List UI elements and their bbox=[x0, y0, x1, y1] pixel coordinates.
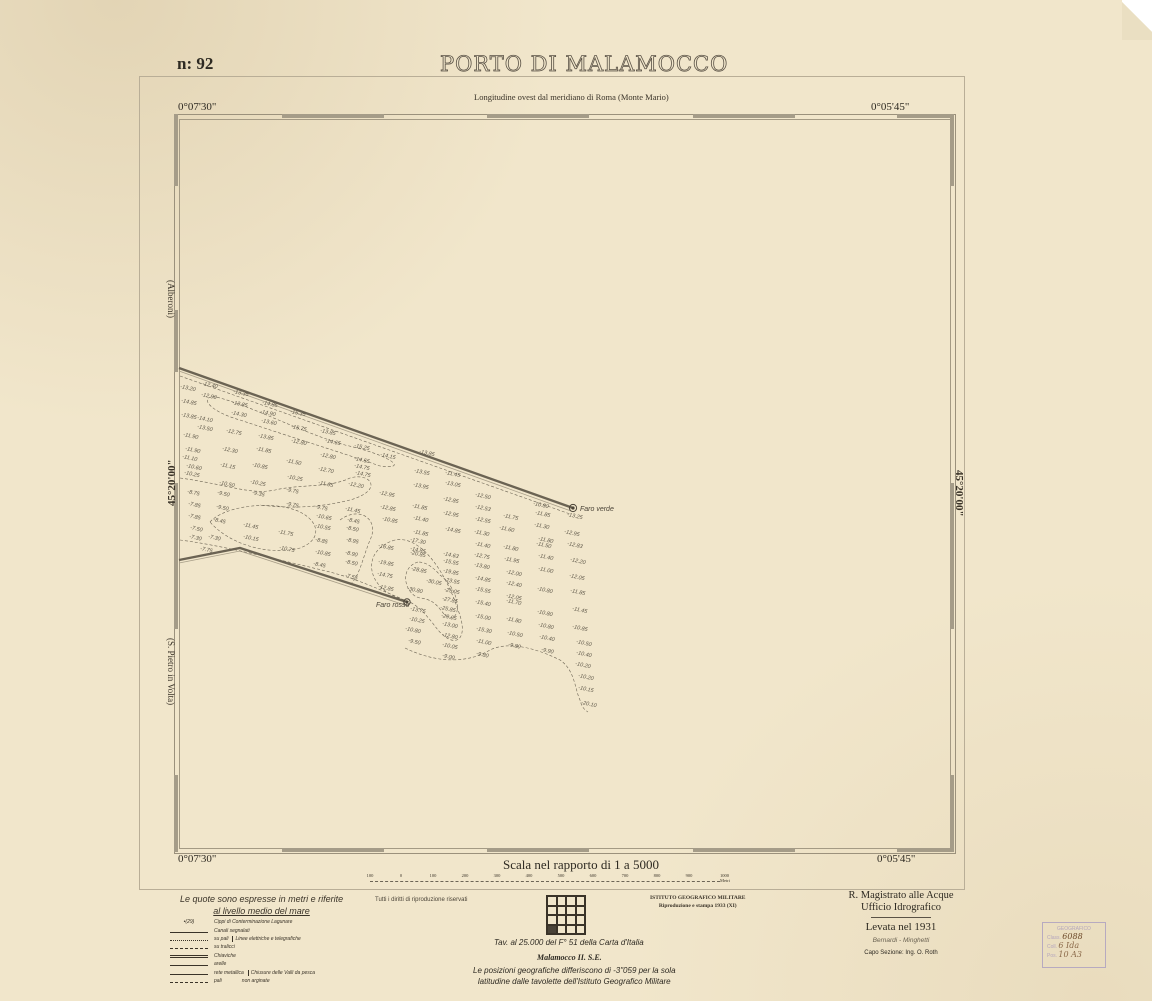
depth-sounding: -11.85 bbox=[413, 529, 430, 538]
depth-sounding: -10.15 bbox=[243, 534, 260, 543]
legend-note: Le quote sono espresse in metri e riferi… bbox=[180, 893, 343, 917]
depth-sounding: -10.05 bbox=[442, 642, 459, 651]
depth-sounding: -11.40 bbox=[538, 553, 555, 562]
depth-sounding: -8.95 bbox=[346, 537, 360, 546]
depth-sounding: -11.65 bbox=[318, 480, 335, 489]
divider bbox=[871, 917, 931, 918]
depth-sounding: -9.80 bbox=[476, 651, 490, 660]
depth-sounding: -13.35 bbox=[233, 389, 250, 398]
depth-sounding: -28.85 bbox=[411, 566, 428, 575]
sheet-name: Malamocco II. S.E. bbox=[537, 953, 602, 962]
depth-sounding: -19.85 bbox=[443, 568, 460, 577]
scale-tick: 400 bbox=[526, 873, 533, 878]
legend-item: •(29) Cippi di Conterminazione Lagunare bbox=[170, 918, 360, 926]
depth-sounding: -15.75 bbox=[291, 424, 308, 433]
metal-net-symbol bbox=[170, 974, 208, 978]
depth-sounding: -11.30 bbox=[534, 522, 551, 531]
depth-sounding: -8.45 bbox=[213, 517, 227, 526]
power-line-pylons-symbol bbox=[170, 948, 208, 952]
depth-sounding: -30.05 bbox=[426, 578, 443, 587]
depth-sounding: -13.55 bbox=[414, 468, 431, 477]
depth-sounding: -10.85 bbox=[315, 549, 332, 558]
depth-sounding: -14.65 bbox=[325, 438, 342, 447]
depth-sounding: -16.85 bbox=[378, 543, 395, 552]
depth-sounding: -12.50 bbox=[475, 492, 492, 501]
scale-tick: 700 bbox=[622, 873, 629, 878]
depth-sounding: -11.75 bbox=[503, 513, 520, 522]
depth-sounding: -10.80 bbox=[538, 622, 555, 631]
depth-sounding: -10.25 bbox=[409, 616, 426, 625]
depth-sounding: -15.30 bbox=[476, 626, 493, 635]
depth-sounding: -15.55 bbox=[475, 586, 492, 595]
depth-sounding: -11.45 bbox=[572, 606, 589, 615]
depth-sounding: -8.50 bbox=[346, 525, 360, 534]
scale-tick: 100 bbox=[367, 873, 374, 878]
depth-sounding: -11.40 bbox=[475, 541, 492, 550]
depth-sounding: -17.30 bbox=[410, 537, 427, 546]
depth-sounding: -9.80 bbox=[508, 642, 522, 651]
surveyors: Bernardi - Minghetti bbox=[845, 935, 957, 947]
depth-sounding: -12.83 bbox=[567, 541, 584, 550]
scale-title: Scala nel rapporto di 1 a 5000 bbox=[503, 857, 659, 873]
scale-tick: 1000 Metri bbox=[720, 873, 740, 883]
depth-sounding: -9.50 bbox=[217, 490, 231, 499]
depth-sounding: -13.75 bbox=[410, 606, 427, 615]
depth-sounding: -12.55 bbox=[475, 516, 492, 525]
depth-sounding: -11.00 bbox=[538, 566, 555, 575]
rights-notice: Tutti i diritti di riproduzione riservat… bbox=[375, 897, 467, 903]
depth-sounding: -9.75 bbox=[286, 487, 300, 496]
survey-year: Levata nel 1931 bbox=[845, 921, 957, 933]
sheet-reference: Tav. al 25.000 del F° 51 della Carta d'I… bbox=[494, 938, 644, 947]
depth-sounding: -11.00 bbox=[476, 638, 493, 647]
depth-sounding: -13.95 bbox=[413, 482, 430, 491]
scale-tick: 600 bbox=[590, 873, 597, 878]
scale-tick: 300 bbox=[494, 873, 501, 878]
scale-tick: 800 bbox=[654, 873, 661, 878]
depth-sounding: -27.85 bbox=[442, 596, 459, 605]
depth-sounding: -11.15 bbox=[220, 462, 237, 471]
depth-sounding: -10.75 bbox=[279, 545, 296, 554]
depth-sounding: -10.85 bbox=[382, 516, 399, 525]
depth-sounding: -10.20 bbox=[575, 661, 592, 670]
legend-item: rete metallica Chiusure delle Valli da p… bbox=[170, 968, 360, 976]
depth-sounding: -10.40 bbox=[576, 650, 593, 659]
depth-sounding: -12.30 bbox=[222, 446, 239, 455]
sluice-symbol bbox=[170, 955, 208, 960]
legend-note-line2: al livello medio del mare bbox=[180, 905, 343, 917]
depth-sounding: -19.85 bbox=[378, 559, 395, 568]
depth-sounding: -12.95 bbox=[379, 490, 396, 499]
depth-sounding: -12.20 bbox=[348, 481, 365, 490]
depth-sounding: -9.50 bbox=[408, 638, 422, 647]
agency-block: R. Magistrato alle Acque Ufficio Idrogra… bbox=[845, 890, 957, 959]
depth-sounding: -23.55 bbox=[444, 577, 461, 586]
depth-sounding: -10.85 bbox=[252, 462, 269, 471]
depth-sounding: -14.75 bbox=[355, 470, 372, 479]
depth-sounding: -10.55 bbox=[315, 523, 332, 532]
depth-sounding: -15.40 bbox=[475, 599, 492, 608]
poles-symbol bbox=[170, 982, 208, 986]
depth-sounding: -9.75 bbox=[286, 501, 300, 510]
depth-sounding: -14.10 bbox=[197, 415, 214, 424]
depth-sounding: -30.80 bbox=[407, 586, 424, 595]
lighthouse-faro-verde: Faro verde bbox=[569, 504, 614, 513]
depth-sounding: -13.00 bbox=[442, 621, 459, 630]
depth-sounding: -14.85 bbox=[445, 526, 462, 535]
depth-sounding: -13.20 bbox=[180, 384, 197, 393]
depth-sounding: -10.25 bbox=[250, 479, 267, 488]
depth-sounding: -9.90 bbox=[541, 647, 555, 656]
depth-sounding: -10.50 bbox=[507, 630, 524, 639]
depth-sounding: -7.30 bbox=[208, 534, 222, 543]
publisher: ISTITUTO GEOGRAFICO MILITARE Riproduzion… bbox=[650, 894, 745, 910]
depth-sounding: -12.90 bbox=[201, 392, 218, 401]
depth-sounding: -10.50 bbox=[219, 480, 236, 489]
depth-sounding: -15.35 bbox=[290, 409, 307, 418]
depth-sounding: -11.50 bbox=[286, 458, 303, 467]
sheet-index-grid bbox=[546, 895, 586, 935]
svg-text:Faro rosso: Faro rosso bbox=[376, 602, 410, 609]
depth-sounding: -10.80 bbox=[405, 626, 422, 635]
depth-sounding: -9.75 bbox=[315, 504, 329, 513]
bathymetric-map: Faro verde Faro rosso -13.20-12.40-14.85… bbox=[0, 0, 1152, 1001]
depth-sounding: -7.85 bbox=[188, 513, 202, 522]
legend-item: su tralicci bbox=[170, 943, 360, 951]
depth-sounding: -9.50 bbox=[216, 504, 230, 513]
south-jetty bbox=[179, 548, 407, 605]
depth-sounding: -12.40 bbox=[506, 580, 523, 589]
depth-sounding: -11.90 bbox=[183, 432, 200, 441]
scale-tick: 200 bbox=[462, 873, 469, 878]
depth-sounding: -11.85 bbox=[570, 588, 587, 597]
depth-sounding: -11.40 bbox=[413, 515, 430, 524]
scale-bar: 100 0 100 200 300 400 500 600 700 800 90… bbox=[370, 873, 750, 885]
depth-sounding: -12.20 bbox=[570, 557, 587, 566]
depth-sounding: -9.00 bbox=[442, 653, 456, 662]
legend-item: Chiaviche bbox=[170, 952, 360, 960]
agency-office: Ufficio Idrografico bbox=[845, 902, 957, 914]
depth-sounding: -11.80 bbox=[506, 616, 523, 625]
archive-stamp: GEOGRAFICO Class. 6088 Coll. 6 Ida Pos. … bbox=[1042, 922, 1106, 968]
depth-sounding: -11.60 bbox=[499, 525, 516, 534]
depth-sounding: -11.75 bbox=[278, 529, 295, 538]
depth-sounding: -12.95 bbox=[443, 510, 460, 519]
depth-sounding: -14.85 bbox=[475, 575, 492, 584]
depth-sounding: -11.85 bbox=[256, 446, 273, 455]
depth-sounding: -11.10 bbox=[182, 454, 199, 463]
depth-sounding: -13.60 bbox=[261, 418, 278, 427]
scale-tick: 0 bbox=[400, 873, 402, 878]
depth-sounding: -7.75 bbox=[200, 546, 214, 555]
depth-sounding: -11.80 bbox=[503, 544, 520, 553]
depth-sounding: -12.80 bbox=[442, 632, 459, 641]
depth-sounding: -14.15 bbox=[380, 452, 397, 461]
depth-sounding: -10.50 bbox=[576, 639, 593, 648]
depth-sounding: -11.95 bbox=[504, 556, 521, 565]
legend-item: pali non arginate bbox=[170, 977, 360, 985]
depth-sounding: -8.90 bbox=[345, 550, 359, 559]
depth-sounding: -12.70 bbox=[318, 466, 335, 475]
depth-sounding: -13.85 bbox=[320, 428, 337, 437]
depth-sounding: -11.45 bbox=[445, 470, 462, 479]
position-note: Le posizioni geografiche differiscono di… bbox=[473, 965, 676, 987]
depth-sounding: -11.30 bbox=[474, 529, 491, 538]
depth-sounding: -10.40 bbox=[539, 634, 556, 643]
agency-name: R. Magistrato alle Acque bbox=[845, 890, 957, 902]
boundary-marker-symbol: •(29) bbox=[170, 919, 208, 925]
reed-fence-symbol bbox=[170, 965, 208, 969]
depth-sounding: -13.85 bbox=[181, 412, 198, 421]
depth-sounding: -10.25 bbox=[287, 474, 304, 483]
depth-sounding: -11.45 bbox=[243, 522, 260, 531]
depth-sounding: -10.85 bbox=[572, 624, 589, 633]
depth-sounding: -13.05 bbox=[445, 480, 462, 489]
depth-sounding: -12.53 bbox=[475, 504, 492, 513]
depth-sounding: -10.15 bbox=[578, 685, 595, 694]
depth-sounding: -12.75 bbox=[226, 428, 243, 437]
depth-sounding: -12.85 bbox=[443, 496, 460, 505]
depth-sounding: -12.80 bbox=[320, 452, 337, 461]
depth-sounding: -10.80 bbox=[537, 609, 554, 618]
depth-sounding: -11.85 bbox=[412, 503, 429, 512]
depth-sounding: -12.75 bbox=[474, 552, 491, 561]
section-chief: Capo Sezione: Ing. O. Roth bbox=[845, 947, 957, 959]
depth-sounding: -13.85 bbox=[258, 433, 275, 442]
depth-sounding: -8.45 bbox=[347, 517, 361, 526]
depth-sounding: -12.95 bbox=[564, 529, 581, 538]
depth-sounding: -12.05 bbox=[569, 573, 586, 582]
depth-sounding: -12.00 bbox=[506, 569, 523, 578]
selected-sheet-cell bbox=[547, 925, 557, 935]
depth-sounding: -8.75 bbox=[187, 489, 201, 498]
legend-note-line1: Le quote sono espresse in metri e riferi… bbox=[180, 893, 343, 905]
scale-tick: 900 bbox=[686, 873, 693, 878]
power-line-poles-symbol bbox=[170, 940, 208, 944]
depth-sounding: -10.65 bbox=[316, 513, 333, 522]
legend-list: •(29) Cippi di Conterminazione Lagunare … bbox=[170, 918, 360, 985]
legend-item: arelle bbox=[170, 960, 360, 968]
marked-channel-symbol bbox=[170, 932, 208, 936]
depth-sounding: -10.80 bbox=[537, 586, 554, 595]
depth-sounding: -11.45 bbox=[345, 506, 362, 515]
depth-sounding: -8.85 bbox=[315, 537, 329, 546]
depth-sounding: -14.75 bbox=[377, 571, 394, 580]
depth-sounding: -11.90 bbox=[185, 446, 202, 455]
depth-sounding: -12.85 bbox=[378, 584, 395, 593]
legend-item: Canali segnalati bbox=[170, 926, 360, 934]
depth-sounding: -14.90 bbox=[260, 409, 277, 418]
depth-sounding: -8.50 bbox=[345, 559, 359, 568]
depth-sounding: -7.50 bbox=[190, 525, 204, 534]
depth-soundings: -13.20-12.40-14.85-12.90-13.35-13.85-14.… bbox=[180, 381, 598, 709]
depth-sounding: -14.85 bbox=[181, 398, 198, 407]
depth-sounding: -13.80 bbox=[474, 562, 491, 571]
depth-sounding: -12.85 bbox=[380, 504, 397, 513]
svg-text:Faro verde: Faro verde bbox=[580, 506, 614, 513]
depth-sounding: -15.25 bbox=[354, 443, 371, 452]
depth-sounding: -13.85 bbox=[232, 400, 249, 409]
scale-line bbox=[370, 881, 720, 883]
legend-item: su pali Linee elettriche e telegrafiche bbox=[170, 935, 360, 943]
depth-sounding: -10.20 bbox=[578, 673, 595, 682]
depth-sounding: -13.50 bbox=[197, 424, 214, 433]
depth-sounding: -7.55 bbox=[345, 573, 359, 582]
scale-tick: 500 bbox=[558, 873, 565, 878]
scale-tick: 100 bbox=[430, 873, 437, 878]
depth-sounding: -12.80 bbox=[291, 438, 308, 447]
depth-sounding: -15.00 bbox=[475, 613, 492, 622]
depth-sounding: -7.85 bbox=[188, 501, 202, 510]
depth-sounding: -13.25 bbox=[567, 512, 584, 521]
depth-sounding: -11.85 bbox=[535, 510, 552, 519]
